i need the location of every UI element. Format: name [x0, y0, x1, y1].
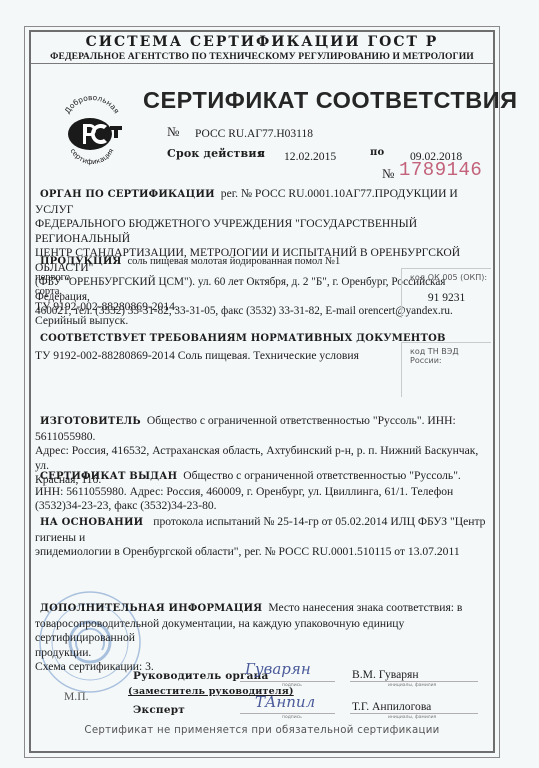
- okp-code-box: код ОК 005 (ОКП): 91 9231: [401, 268, 491, 318]
- seal-place-label: М.П.: [64, 690, 88, 705]
- product-section: ПРОДУКЦИЯсоль пищевая молотая йодированн…: [35, 254, 375, 329]
- blank-number-sign: №: [382, 166, 394, 182]
- basis-section: НА ОСНОВАНИИпротокола испытаний № 25-14-…: [35, 515, 490, 560]
- signature-caption: подпись: [282, 715, 302, 720]
- expert-label: Эксперт: [133, 704, 185, 716]
- okp-code-value: 91 9231: [402, 292, 491, 304]
- head-signature: Гуварян: [245, 660, 311, 678]
- certification-body-label: ОРГАН ПО СЕРТИФИКАЦИИ: [40, 189, 215, 200]
- agency-name: ФЕДЕРАЛЬНОЕ АГЕНТСТВО ПО ТЕХНИЧЕСКОМУ РЕ…: [31, 51, 493, 62]
- svg-text:Добровольная: Добровольная: [63, 96, 121, 115]
- issued-to-section: СЕРТИФИКАТ ВЫДАНОбщество с ограниченной …: [35, 469, 490, 514]
- voluntary-certification-logo-icon: Добровольная сертификация: [58, 96, 124, 166]
- header-divider: [31, 63, 493, 64]
- issued-to-line: ИНН: 5611055980. Адрес: Россия, 460009, …: [35, 485, 490, 500]
- validity-from-date: 12.02.2015: [284, 150, 336, 165]
- product-line: ТУ 9192-002-88280869-2014.: [35, 300, 375, 315]
- svg-text:сертификация: сертификация: [68, 147, 115, 166]
- additional-info-line: продукции.: [35, 646, 490, 661]
- certificate-number: РОСС RU.АГ77.Н03118: [195, 127, 313, 142]
- head-signature-line: [240, 681, 335, 682]
- issued-to-line: Общество с ограниченной ответственностью…: [183, 469, 461, 482]
- certification-body-line: ФЕДЕРАЛЬНОГО БЮДЖЕТНОГО УЧРЕЖДЕНИЯ "ГОСУ…: [35, 217, 490, 246]
- expert-name-line: [350, 713, 478, 714]
- issued-to-label: СЕРТИФИКАТ ВЫДАН: [40, 471, 177, 482]
- name-caption: инициалы, фамилия: [388, 683, 436, 688]
- expert-signature: ТАнпил: [255, 693, 315, 711]
- additional-info-line: товаросопроводительной документации, на …: [35, 617, 490, 646]
- additional-info-line: Место нанесения знака соответствия: в: [268, 601, 462, 614]
- name-caption: инициалы, фамилия: [388, 715, 436, 720]
- system-title: СИСТЕМА СЕРТИФИКАЦИИ ГОСТ Р: [31, 34, 493, 50]
- product-line: Серийный выпуск.: [35, 314, 375, 329]
- head-name-line: [350, 681, 478, 682]
- additional-info-label: ДОПОЛНИТЕЛЬНАЯ ИНФОРМАЦИЯ: [40, 603, 262, 614]
- manufacturer-label: ИЗГОТОВИТЕЛЬ: [40, 416, 141, 427]
- blank-serial-number: 1789146: [399, 159, 482, 181]
- certificate-title: СЕРТИФИКАТ СООТВЕТСТВИЯ: [143, 87, 518, 114]
- okp-code-label: код ОК 005 (ОКП):: [402, 269, 491, 282]
- basis-label: НА ОСНОВАНИИ: [40, 517, 143, 528]
- tnved-code-label: код ТН ВЭД России:: [402, 343, 491, 365]
- printer-microprint: ​: [0, 761, 539, 765]
- validity-to-label: по: [370, 147, 384, 158]
- validity-label: Срок действия: [167, 147, 265, 160]
- number-sign: №: [167, 124, 179, 140]
- signature-caption: подпись: [282, 683, 302, 688]
- product-label: ПРОДУКЦИЯ: [40, 256, 122, 267]
- product-line: сорта.: [35, 285, 375, 300]
- basis-line: эпидемиологии в Оренбургской области", р…: [35, 545, 490, 560]
- voluntary-certification-note: Сертификат не применяется при обязательн…: [31, 725, 493, 736]
- issued-to-line: (3532)34-23-23, факс (3532)34-23-80.: [35, 499, 490, 514]
- expert-signature-line: [240, 713, 335, 714]
- tnved-code-box: код ТН ВЭД России:: [401, 342, 491, 397]
- validity-from-label: с: [258, 147, 265, 160]
